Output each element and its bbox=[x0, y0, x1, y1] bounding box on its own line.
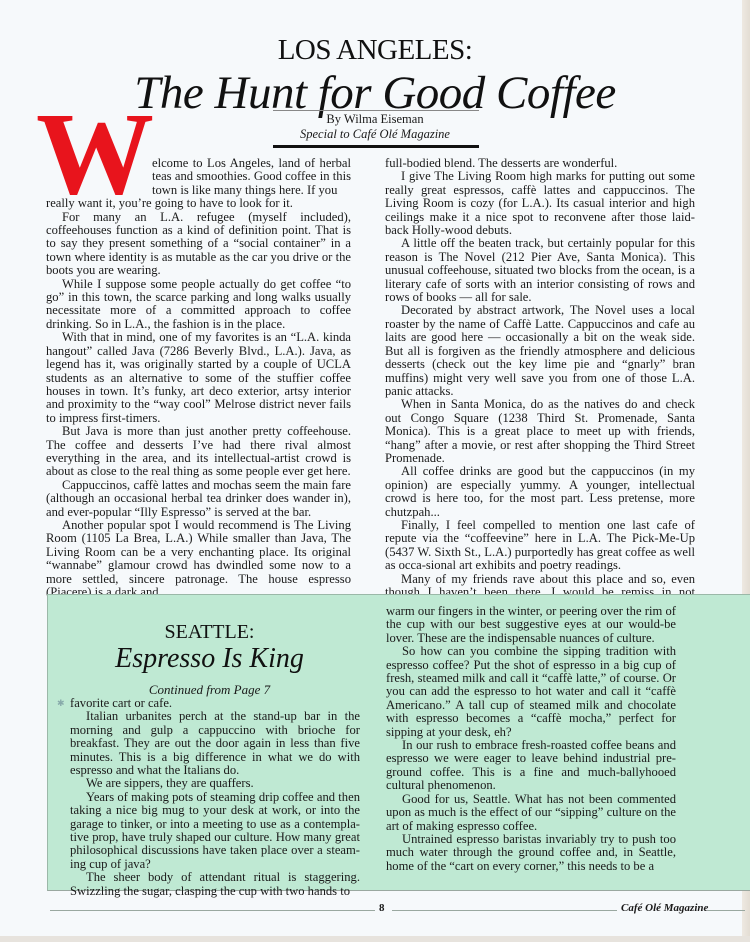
footer-rule bbox=[708, 910, 745, 911]
paragraph: We are sippers, they are quaffers. bbox=[70, 777, 360, 790]
article-left-column: elcome to Los Angeles, land of herbal te… bbox=[46, 157, 351, 599]
paragraph: favorite cart or cafe. bbox=[70, 697, 360, 710]
paragraph: With that in mind, one of my favorites i… bbox=[46, 331, 351, 425]
paragraph: In our rush to embrace fresh-roasted cof… bbox=[386, 739, 676, 793]
paragraph: A little off the beaten track, but certa… bbox=[385, 237, 695, 304]
footer-magazine-name: Café Olé Magazine bbox=[621, 902, 708, 914]
paragraph: Finally, I feel compelled to mention one… bbox=[385, 519, 695, 573]
paragraph: When in Santa Monica, do as the natives … bbox=[385, 398, 695, 465]
sidebar-headline: Espresso Is King bbox=[47, 643, 372, 675]
paragraph: For many an L.A. refugee (myself include… bbox=[46, 211, 351, 278]
sidebar-kicker: SEATTLE: bbox=[47, 621, 372, 644]
paragraph: Italian urbanites perch at the stand-up … bbox=[70, 710, 360, 777]
paragraph: Good for us, Seattle. What has not been … bbox=[386, 793, 676, 833]
paragraph: Cappuccinos, caffè lattes and mochas see… bbox=[46, 479, 351, 519]
paragraph: While I suppose some people actually do … bbox=[46, 278, 351, 332]
byline-bar bbox=[273, 145, 479, 148]
sidebar-right-column: warm our fingers in the winter, or peeri… bbox=[386, 605, 676, 873]
sidebar-left-column: favorite cart or cafe. Italian urbanites… bbox=[70, 697, 360, 898]
paragraph: The sheer body of attendant ritual is st… bbox=[70, 871, 360, 898]
footer-rule bbox=[392, 910, 617, 911]
paragraph: Years of making pots of steaming drip co… bbox=[70, 791, 360, 871]
page-number: 8 bbox=[379, 902, 385, 914]
paragraph: elcome to Los Angeles, land of herbal te… bbox=[152, 157, 351, 197]
paragraph: really want it, you’re going to have to … bbox=[46, 197, 351, 210]
footer-rule bbox=[50, 910, 375, 911]
bullet-icon: ✱ bbox=[57, 698, 65, 709]
article-right-column: full-bodied blend. The desserts are wond… bbox=[385, 157, 695, 613]
paragraph: I give The Living Room high marks for pu… bbox=[385, 170, 695, 237]
paragraph: All coffee drinks are good but the cappu… bbox=[385, 465, 695, 519]
paragraph: Decorated by abstract artwork, The Novel… bbox=[385, 304, 695, 398]
paragraph: warm our fingers in the winter, or peeri… bbox=[386, 605, 676, 645]
article-kicker: LOS ANGELES: bbox=[0, 34, 750, 67]
paragraph: full-bodied blend. The desserts are wond… bbox=[385, 157, 695, 170]
paragraph: So how can you combine the sipping tradi… bbox=[386, 645, 676, 739]
paragraph: But Java is more than just another prett… bbox=[46, 425, 351, 479]
page-bottom-edge bbox=[0, 936, 750, 942]
paragraph: Untrained espresso baristas invariably t… bbox=[386, 833, 676, 873]
paragraph: Another popular spot I would recommend i… bbox=[46, 519, 351, 599]
byline-divider bbox=[273, 110, 479, 111]
